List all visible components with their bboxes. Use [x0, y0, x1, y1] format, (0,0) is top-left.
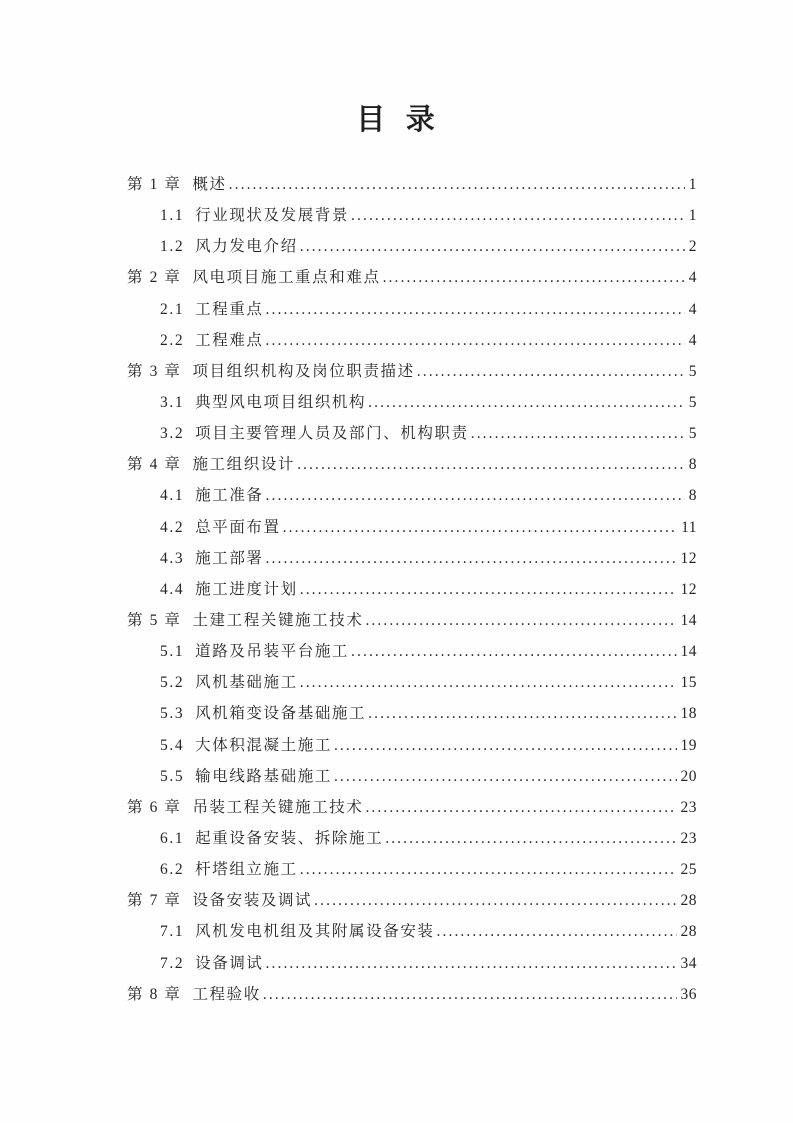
- dot-leader: [266, 543, 677, 574]
- dot-leader: [297, 449, 685, 480]
- toc-entry[interactable]: 第 5 章 土建工程关键施工技术14: [127, 605, 697, 636]
- toc-entry[interactable]: 第 7 章 设备安装及调试28: [127, 885, 697, 916]
- toc-entry-label: 5.5 输电线路基础施工: [160, 761, 332, 792]
- document-page: 目 录 第 1 章 概述11.1 行业现状及发展背景11.2 风力发电介绍2第 …: [0, 0, 793, 1123]
- toc-entry-label: 2.2 工程难点: [160, 325, 264, 356]
- toc-entry-page-number: 34: [678, 948, 698, 979]
- dot-leader: [334, 730, 677, 761]
- dot-leader: [368, 387, 685, 418]
- dot-leader: [300, 854, 677, 885]
- toc-entry-label: 5.4 大体积混凝土施工: [160, 730, 332, 761]
- page-title: 目 录: [0, 97, 793, 138]
- toc-entry-label: 4.2 总平面布置: [160, 512, 281, 543]
- toc-entry-label: 第 5 章 土建工程关键施工技术: [127, 605, 363, 636]
- toc-entry[interactable]: 第 8 章 工程验收36: [127, 979, 697, 1010]
- toc-entry-page-number: 5: [686, 387, 697, 418]
- dot-leader: [351, 200, 685, 231]
- toc-entry-label: 4.1 施工准备: [160, 480, 264, 511]
- dot-leader: [229, 169, 685, 200]
- toc-entry-label: 5.1 道路及吊装平台施工: [160, 636, 349, 667]
- toc-entry-label: 3.2 项目主要管理人员及部门、机构职责: [160, 418, 469, 449]
- dot-leader: [283, 512, 677, 543]
- toc-entry-page-number: 12: [678, 543, 698, 574]
- dot-leader: [383, 262, 685, 293]
- dot-leader: [266, 294, 685, 325]
- toc-entry[interactable]: 5.2 风机基础施工15: [127, 667, 697, 698]
- toc-entry-page-number: 28: [678, 885, 698, 916]
- dot-leader: [263, 979, 677, 1010]
- toc-entry-page-number: 8: [686, 449, 697, 480]
- dot-leader: [471, 418, 685, 449]
- dot-leader: [417, 356, 685, 387]
- toc-entry-label: 5.3 风机箱变设备基础施工: [160, 698, 366, 729]
- toc-entry[interactable]: 2.1 工程重点4: [127, 294, 697, 325]
- toc-entry[interactable]: 第 4 章 施工组织设计8: [127, 449, 697, 480]
- toc-entry-page-number: 18: [678, 698, 698, 729]
- toc-entry[interactable]: 4.4 施工进度计划12: [127, 574, 697, 605]
- dot-leader: [385, 823, 676, 854]
- toc-entry-page-number: 1: [686, 200, 697, 231]
- toc-entry[interactable]: 5.5 输电线路基础施工20: [127, 761, 697, 792]
- toc-entry-page-number: 25: [678, 854, 698, 885]
- toc-entry-page-number: 14: [678, 605, 698, 636]
- toc-entry-label: 第 4 章 施工组织设计: [127, 449, 295, 480]
- toc-entry[interactable]: 7.1 风机发电机组及其附属设备安装28: [127, 916, 697, 947]
- dot-leader: [300, 231, 685, 262]
- toc-entry-page-number: 20: [678, 761, 698, 792]
- toc-entry-page-number: 14: [678, 636, 698, 667]
- toc-entry-page-number: 5: [686, 418, 697, 449]
- toc-entry-label: 1.2 风力发电介绍: [160, 231, 298, 262]
- toc-entry[interactable]: 2.2 工程难点4: [127, 325, 697, 356]
- toc-entry-label: 第 7 章 设备安装及调试: [127, 885, 312, 916]
- toc-entry[interactable]: 6.1 起重设备安装、拆除施工23: [127, 823, 697, 854]
- toc-entry[interactable]: 5.1 道路及吊装平台施工14: [127, 636, 697, 667]
- dot-leader: [365, 792, 676, 823]
- dot-leader: [368, 698, 676, 729]
- toc-entry-label: 6.2 杆塔组立施工: [160, 854, 298, 885]
- toc-entry[interactable]: 1.1 行业现状及发展背景1: [127, 200, 697, 231]
- toc-entry-page-number: 4: [686, 325, 697, 356]
- toc-entry-page-number: 4: [686, 294, 697, 325]
- toc-entry-label: 第 6 章 吊装工程关键施工技术: [127, 792, 363, 823]
- dot-leader: [334, 761, 677, 792]
- toc-entry-label: 6.1 起重设备安装、拆除施工: [160, 823, 383, 854]
- toc-entry-page-number: 11: [678, 512, 697, 543]
- toc-entry-label: 5.2 风机基础施工: [160, 667, 298, 698]
- toc-entry-page-number: 23: [678, 792, 698, 823]
- toc-entry-label: 3.1 典型风电项目组织机构: [160, 387, 366, 418]
- toc-entry[interactable]: 7.2 设备调试34: [127, 948, 697, 979]
- toc-entry[interactable]: 3.1 典型风电项目组织机构5: [127, 387, 697, 418]
- toc-entry-label: 7.2 设备调试: [160, 948, 264, 979]
- toc-entry-label: 1.1 行业现状及发展背景: [160, 200, 349, 231]
- dot-leader: [351, 636, 676, 667]
- toc-entry[interactable]: 5.4 大体积混凝土施工19: [127, 730, 697, 761]
- toc-entry-page-number: 15: [678, 667, 698, 698]
- toc-entry-label: 第 3 章 项目组织机构及岗位职责描述: [127, 356, 415, 387]
- dot-leader: [300, 667, 677, 698]
- toc-entry[interactable]: 1.2 风力发电介绍2: [127, 231, 697, 262]
- toc-entry[interactable]: 4.1 施工准备8: [127, 480, 697, 511]
- toc-entry[interactable]: 第 6 章 吊装工程关键施工技术23: [127, 792, 697, 823]
- toc-entry[interactable]: 4.2 总平面布置11: [127, 512, 697, 543]
- dot-leader: [314, 885, 676, 916]
- toc-entry[interactable]: 3.2 项目主要管理人员及部门、机构职责5: [127, 418, 697, 449]
- toc-entry[interactable]: 5.3 风机箱变设备基础施工18: [127, 698, 697, 729]
- toc-entry-page-number: 23: [678, 823, 698, 854]
- toc-entry-page-number: 2: [686, 231, 697, 262]
- dot-leader: [437, 916, 677, 947]
- toc-entry-page-number: 28: [678, 916, 698, 947]
- toc-entry-page-number: 1: [686, 169, 697, 200]
- toc-entry-page-number: 36: [678, 979, 698, 1010]
- dot-leader: [266, 325, 685, 356]
- toc-entry-page-number: 12: [678, 574, 698, 605]
- dot-leader: [266, 948, 677, 979]
- toc-entry-page-number: 4: [686, 262, 697, 293]
- toc-entry[interactable]: 4.3 施工部署12: [127, 543, 697, 574]
- toc-entry-label: 2.1 工程重点: [160, 294, 264, 325]
- toc-entry-label: 7.1 风机发电机组及其附属设备安装: [160, 916, 435, 947]
- dot-leader: [300, 574, 677, 605]
- toc-entry[interactable]: 第 1 章 概述1: [127, 169, 697, 200]
- toc-entry[interactable]: 第 3 章 项目组织机构及岗位职责描述5: [127, 356, 697, 387]
- toc-entry-label: 第 2 章 风电项目施工重点和难点: [127, 262, 381, 293]
- toc-entry-page-number: 5: [686, 356, 697, 387]
- toc-entry[interactable]: 6.2 杆塔组立施工25: [127, 854, 697, 885]
- toc-entry-label: 4.3 施工部署: [160, 543, 264, 574]
- toc-entry-label: 第 8 章 工程验收: [127, 979, 261, 1010]
- toc-list: 第 1 章 概述11.1 行业现状及发展背景11.2 风力发电介绍2第 2 章 …: [127, 169, 697, 1010]
- toc-entry-page-number: 19: [678, 730, 698, 761]
- toc-entry-label: 第 1 章 概述: [127, 169, 227, 200]
- toc-entry[interactable]: 第 2 章 风电项目施工重点和难点4: [127, 262, 697, 293]
- toc-entry-page-number: 8: [686, 480, 697, 511]
- dot-leader: [266, 480, 685, 511]
- toc-entry-label: 4.4 施工进度计划: [160, 574, 298, 605]
- dot-leader: [365, 605, 676, 636]
